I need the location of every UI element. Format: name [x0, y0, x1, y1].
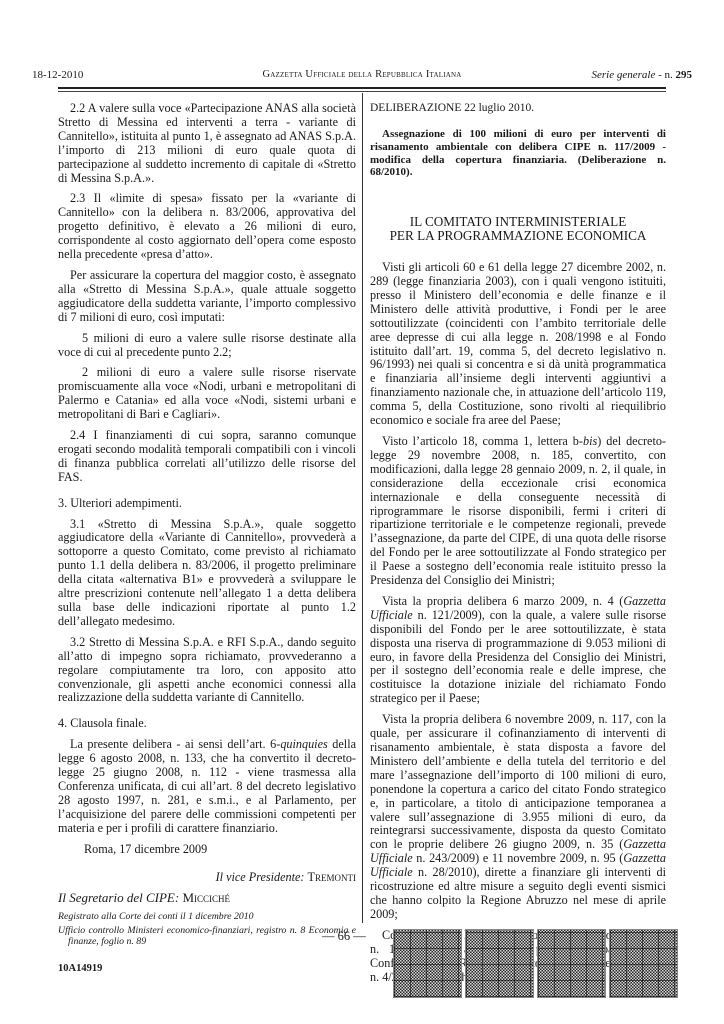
italic-run: quinquies [280, 737, 327, 751]
right-column: DELIBERAZIONE 22 luglio 2010. Assegnazio… [370, 102, 666, 991]
paragraph-vista-delibera-4: Vista la propria delibera 6 marzo 2009, … [370, 595, 666, 706]
paragraph-clausola: La presente delibera - ai sensi dell’art… [58, 738, 356, 835]
committee-heading-line-2: PER LA PROGRAMMAZIONE ECONOMICA [370, 229, 666, 243]
deliberation-title: Assegnazione di 100 milioni di euro per … [370, 128, 666, 179]
paragraph-5-milioni: 5 milioni di euro a valere sulle risorse… [58, 332, 356, 360]
signature-name: Tremonti [308, 870, 356, 884]
signature-label: Il vice Presidente: [216, 870, 308, 884]
left-column: 2.2 A valere sulla voce «Partecipazione … [58, 102, 356, 983]
paragraph-2-3: 2.3 Il «limite di spesa» fissato per la … [58, 192, 356, 262]
issue-number: 295 [676, 69, 693, 81]
paragraph-2-4: 2.4 I finanziamenti di cui sopra, sarann… [58, 429, 356, 485]
text-run: n. 28/2010), dirette a finanziare gli in… [370, 865, 666, 921]
italic-run: bis [583, 434, 597, 448]
barcode-icon [537, 929, 606, 998]
barcode-icon [465, 929, 534, 998]
paragraph-3-1: 3.1 «Stretto di Messina S.p.A.», quale s… [58, 518, 356, 629]
page-number: — 66 — [322, 929, 366, 944]
column-divider [362, 93, 363, 923]
text-run: Vista la propria delibera 6 marzo 2009, … [382, 594, 623, 608]
page-header: 18-12-2010 Gazzetta Ufficiale della Repu… [32, 67, 692, 83]
section-heading-3: 3. Ulteriori adempimenti. [58, 497, 356, 511]
paragraph-vista-delibera-117: Vista la propria delibera 6 novembre 200… [370, 713, 666, 922]
paragraph-2-2: 2.2 A valere sulla voce «Partecipazione … [58, 102, 356, 185]
paragraph-3-2: 3.2 Stretto di Messina S.p.A. e RFI S.p.… [58, 636, 356, 706]
paragraph-visti: Visti gli articoli 60 e 61 della legge 2… [370, 261, 666, 428]
segretario-signature: Il Segretario del CIPE: Micciché [58, 891, 356, 905]
signature-name: Micciché [182, 890, 230, 905]
deliberation-date: DELIBERAZIONE 22 luglio 2010. [370, 102, 666, 116]
section-heading-4: 4. Clausola finale. [58, 717, 356, 731]
text-run: ) del decreto-legge 29 novembre 2008, n.… [370, 434, 666, 587]
signature-label: Il Segretario del CIPE: [58, 890, 182, 905]
text-run: n. 121/2009), con la quale, a valere sul… [370, 608, 666, 705]
paragraph-visto: Visto l’articolo 18, comma 1, lettera b-… [370, 435, 666, 588]
place-date: Roma, 17 dicembre 2009 [58, 843, 356, 857]
vice-presidente-signature: Il vice Presidente: Tremonti [58, 871, 356, 885]
serie-label: Serie generale - n. 295 [591, 67, 692, 83]
office-note-text: Ufficio controllo Ministeri economico-fi… [58, 925, 356, 948]
text-run: Vista la propria delibera 6 novembre 200… [370, 712, 666, 851]
paragraph-2-milioni: 2 milioni di euro a valere sulle risorse… [58, 366, 356, 422]
text-run: n. 243/2009) e 11 novembre 2009, n. 95 ( [413, 851, 624, 865]
barcode-strip [393, 929, 678, 998]
header-rule-thin [58, 91, 666, 92]
text-run: La presente delibera - ai sensi dell’art… [70, 737, 280, 751]
office-note: Ufficio controllo Ministeri economico-fi… [58, 925, 356, 948]
barcode-icon [393, 929, 462, 998]
header-rule-thick [58, 87, 666, 89]
committee-heading: IL COMITATO INTERMINISTERIALE PER LA PRO… [370, 215, 666, 243]
text-run: della legge 6 agosto 2008, n. 133, che h… [58, 737, 356, 834]
serie-generale: Serie generale [591, 69, 655, 81]
text-run: Visto l’articolo 18, comma 1, lettera b- [382, 434, 583, 448]
barcode-icon [609, 929, 678, 998]
serie-separator: - n. [655, 69, 675, 81]
document-code: 10A14919 [58, 962, 356, 976]
committee-heading-line-1: IL COMITATO INTERMINISTERIALE [370, 215, 666, 229]
paragraph-copertura: Per assicurare la copertura del maggior … [58, 269, 356, 325]
registration-note: Registrato alla Corte dei conti il 1 dic… [58, 911, 356, 923]
